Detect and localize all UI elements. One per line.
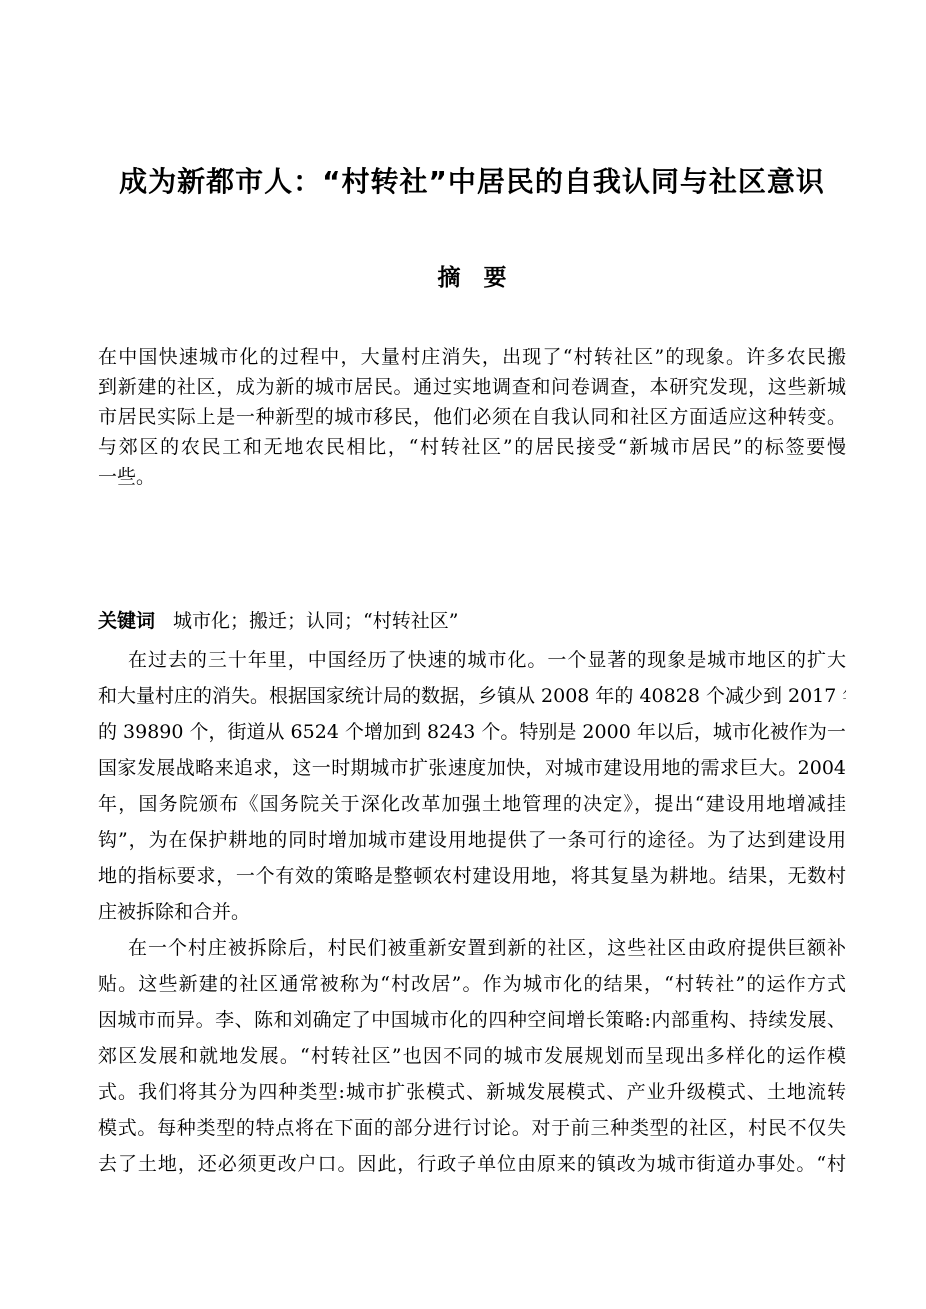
body-text-line: 郊区发展和就地发展。“村转社区”也因不同的城市发展规划而呈现出多样化的运作模: [98, 1038, 846, 1074]
body-text-line: 年，国务院颁布《国务院关于深化改革加强土地管理的决定》，提出“建设用地增减挂: [98, 786, 846, 822]
body-text-line: 贴。这些新建的社区通常被称为“村改居”。作为城市化的结果，“村转社”的运作方式: [98, 966, 846, 1002]
abstract-heading: 摘 要: [98, 258, 846, 298]
document-page: 成为新都市人：“村转社”中居民的自我认同与社区意识 摘 要 在中国快速城市化的过…: [0, 0, 926, 1309]
paper-title: 成为新都市人：“村转社”中居民的自我认同与社区意识: [98, 160, 846, 204]
body-text-line: 钩”，为在保护耕地的同时增加城市建设用地提供了一条可行的途径。为了达到建设用: [98, 822, 846, 858]
body-text-line: 的 39890 个，街道从 6524 个增加到 8243 个。特别是 2000 …: [98, 714, 846, 750]
keywords-text: 城市化；搬迁；认同；“村转社区”: [173, 610, 458, 632]
abstract-line: 市居民实际上是一种新型的城市移民，他们必须在自我认同和社区方面适应这种转变。: [98, 402, 846, 432]
body-text-line: 地的指标要求，一个有效的策略是整顿农村建设用地，将其复垦为耕地。结果，无数村: [98, 858, 846, 894]
abstract-line: 一些。: [98, 462, 846, 492]
abstract-line: 在中国快速城市化的过程中，大量村庄消失，出现了“村转社区”的现象。许多农民搬: [98, 342, 846, 372]
abstract-line: 到新建的社区，成为新的城市居民。通过实地调查和问卷调查，本研究发现，这些新城: [98, 372, 846, 402]
body-text-line: 国家发展战略来追求，这一时期城市扩张速度加快，对城市建设用地的需求巨大。2004: [98, 750, 846, 786]
body-text-line: 和大量村庄的消失。根据国家统计局的数据，乡镇从 2008 年的 40828 个减…: [98, 678, 846, 714]
abstract-paragraph: 在中国快速城市化的过程中，大量村庄消失，出现了“村转社区”的现象。许多农民搬 到…: [98, 342, 846, 492]
abstract-line: 与郊区的农民工和无地农民相比，“村转社区”的居民接受“新城市居民”的标签要慢: [98, 432, 846, 462]
body-text-line: 因城市而异。李、陈和刘确定了中国城市化的四种空间增长策略:内部重构、持续发展、: [98, 1002, 846, 1038]
keywords-line: 关键词城市化；搬迁；认同；“村转社区”: [98, 606, 846, 636]
body-text: 在过去的三十年里，中国经历了快速的城市化。一个显著的现象是城市地区的扩大 和大量…: [98, 642, 846, 1182]
body-text-line: 模式。每种类型的特点将在下面的部分进行讨论。对于前三种类型的社区，村民不仅失: [98, 1110, 846, 1146]
keywords-label: 关键词: [98, 610, 155, 632]
body-text-line: 在过去的三十年里，中国经历了快速的城市化。一个显著的现象是城市地区的扩大: [98, 642, 846, 678]
body-text-line: 式。我们将其分为四种类型:城市扩张模式、新城发展模式、产业升级模式、土地流转: [98, 1074, 846, 1110]
body-text-line: 去了土地，还必须更改户口。因此，行政子单位由原来的镇改为城市街道办事处。“村: [98, 1146, 846, 1182]
body-text-line: 庄被拆除和合并。: [98, 894, 846, 930]
body-text-line: 在一个村庄被拆除后，村民们被重新安置到新的社区，这些社区由政府提供巨额补: [98, 930, 846, 966]
